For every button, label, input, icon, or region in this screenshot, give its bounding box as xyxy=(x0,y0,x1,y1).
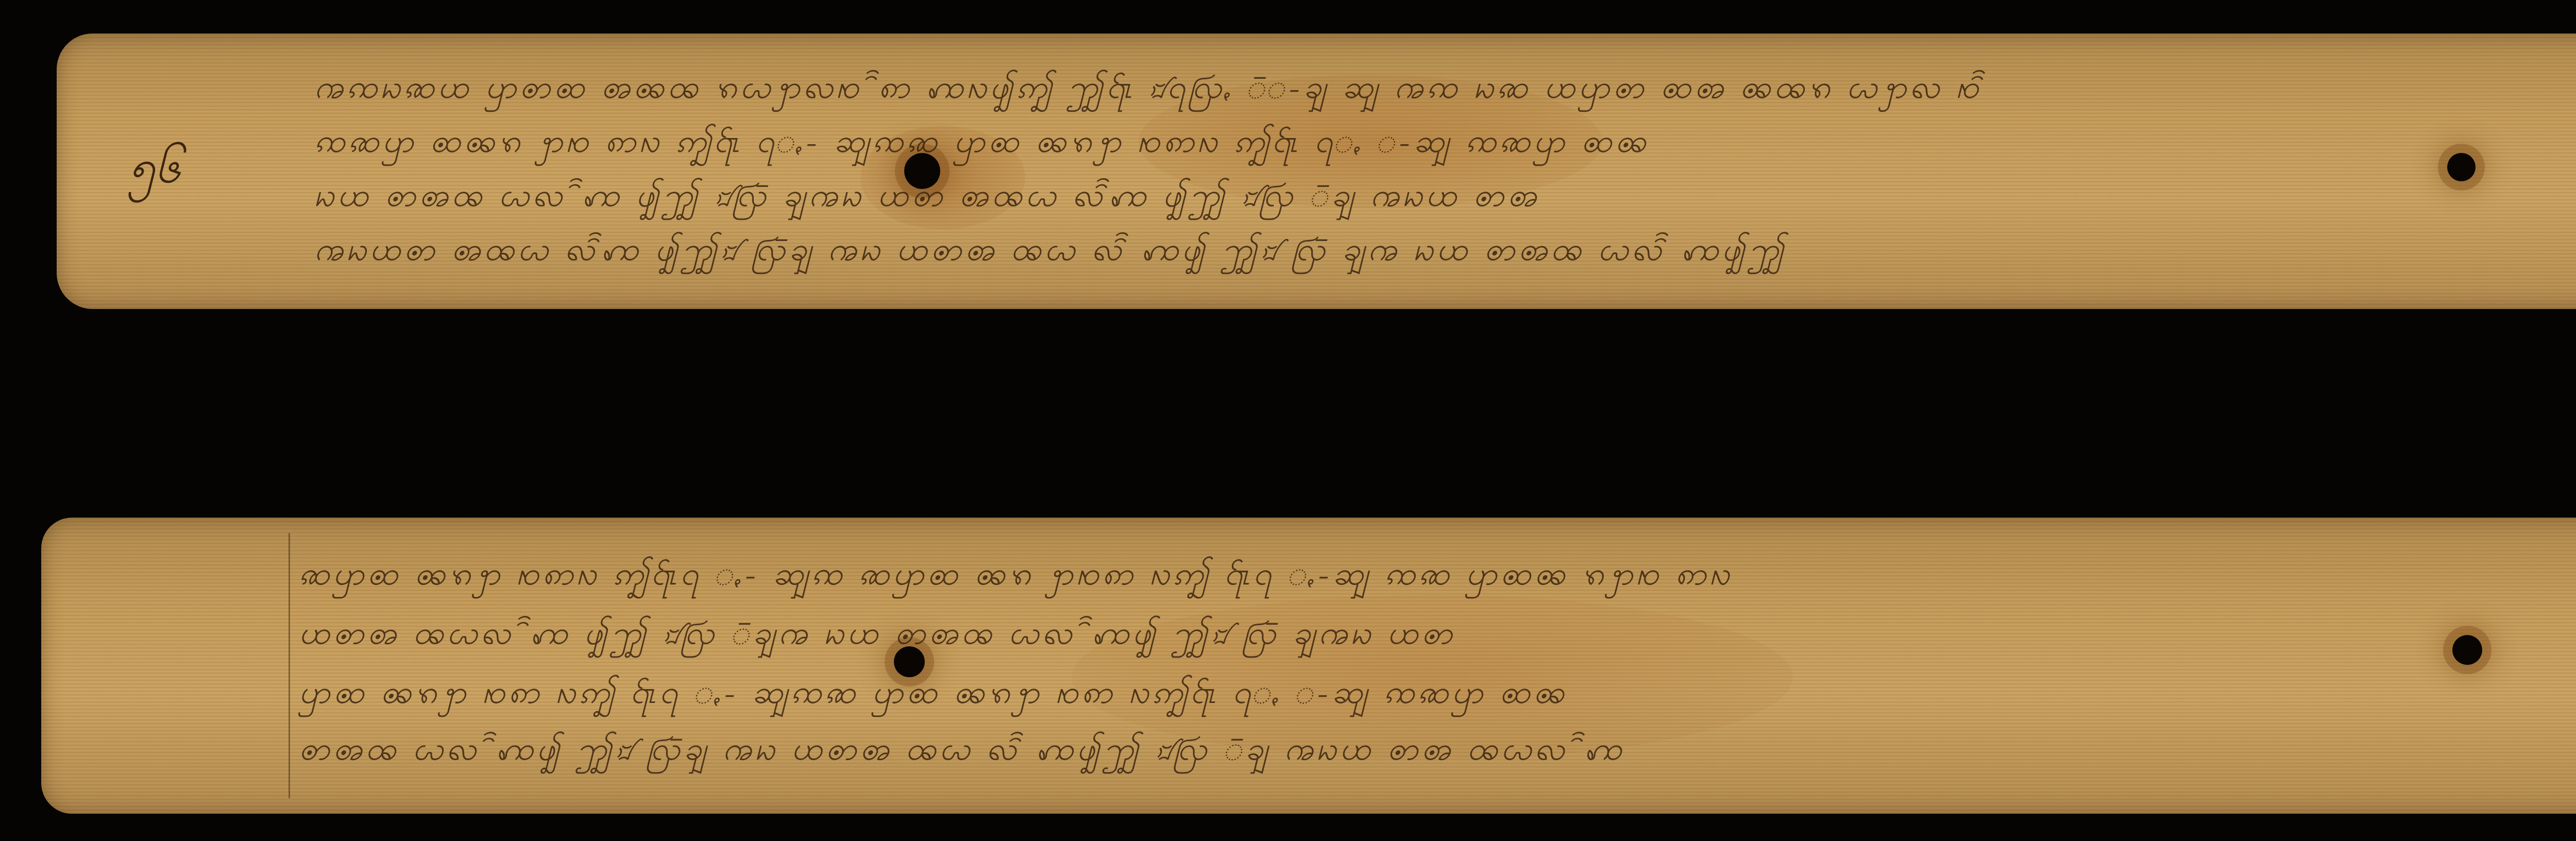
string-hole-right xyxy=(2452,635,2482,665)
text-line-3: ꩥꩧ ꩩꩫꩭ ꩯꩱ ꩳꩵ ꩷꩹ ꩻꩽ ꩿꩡꩣ ꩥꩧ ꩩꩫꩭ ꩯꩱ ꩳꩵ꩷ ꩹ꩻ … xyxy=(299,672,1567,719)
text-line-4: ꩦꩨꩪ ꩬꩮ ꩰꩲꩴ ꩶ꩸ ꩺꩼꩾ ꩠꩢ ꩤꩦꩨ ꩪꩬ ꩮꩰ ꩲꩴꩶ ꩸ꩺ ꩼꩾ… xyxy=(299,729,1625,776)
text-line-2: ꩡꩣꩥ ꩧꩩꩫ ꩭꩯ ꩱꩳ ꩵ꩷ ꩹ꩻꩽ ꩿꩡꩣ ꩥꩧ ꩩꩫꩭ ꩯꩱꩳ ꩵ꩷ ꩹… xyxy=(314,121,1649,168)
text-line-3: ꩢꩤ ꩦꩨꩪ ꩬꩮ ꩰꩲ ꩴꩶ ꩸ꩺꩼ ꩾꩠꩢ ꩤꩦ ꩨꩪꩬ ꩮꩰꩲ ꩴꩶ ꩸ꩺ… xyxy=(314,175,1539,222)
text-line-1: ꩠꩡꩢꩣꩤ ꩥꩦꩧ ꩨꩩꩪ ꩫꩬꩭꩮꩯ ꩰꩱ ꩲꩳꩴꩵ ꩶ꩷ ꩸꩹ꩺꩻ ꩼꩽꩾ … xyxy=(314,67,1985,114)
text-line-4: ꩠꩢꩤꩦ ꩨꩪꩬ ꩮꩰꩲ ꩴꩶ꩸ ꩺꩼꩾ ꩠꩢ ꩤꩦꩨ ꩪꩬ ꩮꩰ ꩲꩴ ꩶ꩸ … xyxy=(314,229,1787,276)
palm-leaf-bottom: ꩣꩥꩧ ꩩꩫꩭ ꩯꩱꩳ ꩵ꩷꩹ ꩻꩽ ꩿꩡ ꩣꩥꩧ ꩩꩫ ꩭꩯꩱ ꩳꩵ ꩷꩹ ꩻ… xyxy=(41,518,2576,814)
palm-leaf-top: ၅၆ ꩠꩡꩢꩣꩤ ꩥꩦꩧ ꩨꩩꩪ ꩫꩬꩭꩮꩯ ꩰꩱ ꩲꩳꩴꩵ ꩶ꩷ ꩸꩹ꩺꩻ ꩼ… xyxy=(57,33,2576,309)
margin-rule xyxy=(289,533,290,798)
folio-number: ၅၆ xyxy=(129,136,181,205)
string-hole-right xyxy=(2447,153,2476,181)
text-line-1: ꩣꩥꩧ ꩩꩫꩭ ꩯꩱꩳ ꩵ꩷꩹ ꩻꩽ ꩿꩡ ꩣꩥꩧ ꩩꩫ ꩭꩯꩱ ꩳꩵ ꩷꩹ ꩻ… xyxy=(299,554,1733,600)
text-line-2: ꩤꩦꩨ ꩪꩬꩮ ꩰꩲ ꩴꩶ ꩸ꩺ ꩼꩾꩠ ꩢꩤ ꩦꩨꩪ ꩬꩮ ꩰꩲꩴ ꩶ꩸ ꩺꩼ… xyxy=(299,613,1455,660)
